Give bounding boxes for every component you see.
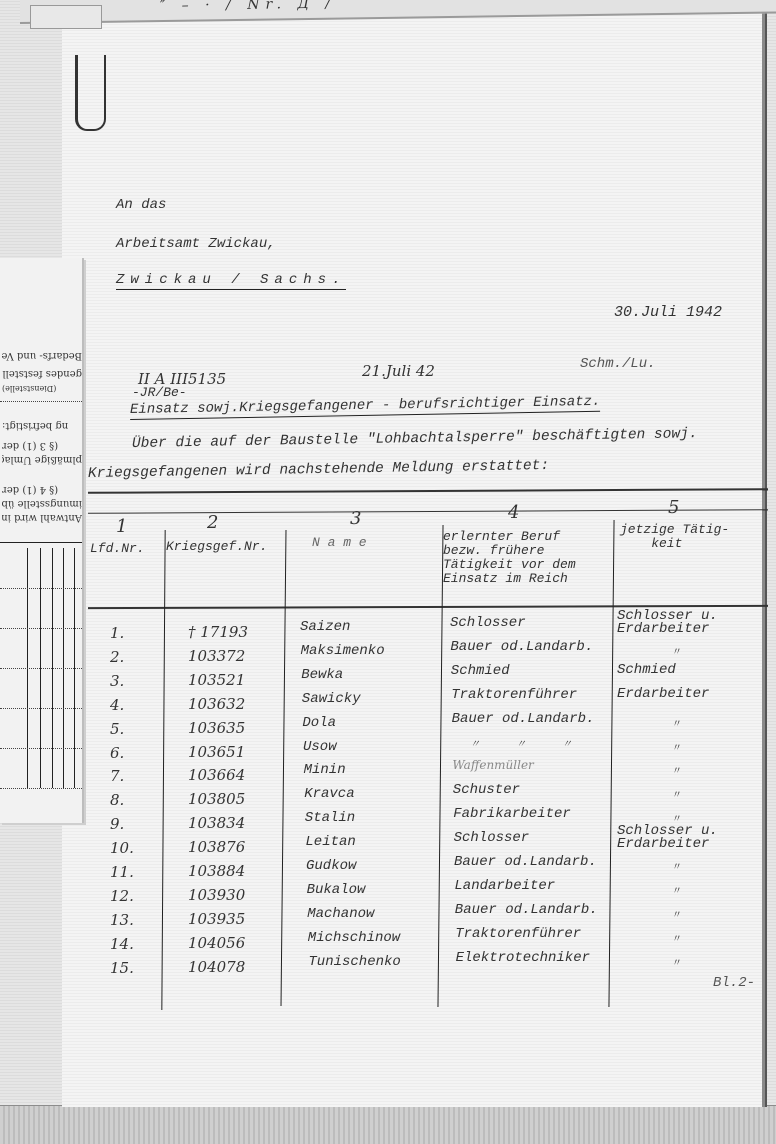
recipient-line-2: Arbeitsamt Zwickau, (116, 236, 276, 252)
cell-lfd-nr: 11. (110, 863, 134, 881)
cell-former-occupation: Fabrikarbeiter (453, 806, 571, 822)
header-former-occupation: erlernter Beruf bezw. frühere Tätigkeit … (443, 530, 576, 586)
cell-pow-number: † 17193 (188, 623, 248, 641)
form-dotted-rule (0, 708, 82, 709)
recipient-city: Zwickau / Sachs. (116, 272, 346, 290)
form-fragment: (§ 4 (1) der (2, 484, 82, 495)
form-fragment: gendes feststellen (2, 368, 82, 379)
cell-former-occupation: Bauer od.Landarb. (450, 639, 593, 655)
cell-current-occupation: 〃 (672, 643, 682, 659)
cell-pow-number: 103651 (188, 743, 245, 761)
cell-pow-number: 103876 (188, 838, 245, 856)
paper-clip-icon (75, 55, 106, 131)
cell-current-occupation: 〃 (672, 882, 682, 898)
form-dotted-rule (0, 588, 82, 589)
cell-lfd-nr: 10. (110, 839, 134, 857)
form-fragment: Antwahl wird in de (2, 512, 82, 523)
cell-former-occupation: Waffenmüller (452, 758, 533, 772)
cell-lfd-nr: 9. (110, 815, 124, 833)
underlying-inverted-form: Bedarfs- und Verfah gendes feststellen (… (0, 258, 84, 823)
cell-current-occupation: Erdarbeiter (617, 686, 709, 702)
cell-former-occupation: Schlosser (454, 830, 530, 846)
cell-name: Michschinow (308, 930, 400, 946)
form-fragment: Bedarfs- und Verfah (2, 350, 82, 361)
form-dotted-rule (0, 788, 82, 789)
cell-former-occupation: Bauer od.Landarb. (455, 902, 598, 918)
cell-name: Dola (302, 715, 336, 731)
cell-current-occupation: 〃 (672, 715, 682, 731)
form-dotted-rule (0, 401, 82, 402)
header-pow-number: Kriegsgef.Nr. (166, 540, 267, 554)
cell-lfd-nr: 8. (110, 791, 124, 809)
document-sheet (62, 12, 765, 1107)
cell-pow-number: 103372 (188, 647, 245, 665)
cell-lfd-nr: 7. (110, 767, 124, 785)
cell-current-occupation: 〃 (672, 906, 682, 922)
cell-former-occupation: Traktorenführer (451, 687, 577, 703)
cell-pow-number: 103664 (188, 766, 245, 784)
header-name: N a m e (312, 536, 367, 550)
cell-name: Tunischenko (308, 954, 400, 970)
cell-former-occupation: Landarbeiter (454, 878, 555, 894)
cell-name: Usow (303, 739, 337, 755)
form-fragment: (Dienststelle) (2, 384, 82, 393)
cell-pow-number: 103935 (188, 910, 245, 928)
cell-pow-number: 103635 (188, 719, 245, 737)
cell-lfd-nr: 3. (110, 672, 124, 690)
cell-former-occupation: Elektrotechniker (456, 950, 590, 966)
cell-name: Machanow (307, 906, 374, 922)
cell-former-occupation: Schmied (451, 663, 510, 679)
cell-pow-number: 103884 (188, 862, 245, 880)
cell-pow-number: 103805 (188, 790, 245, 808)
cell-name: Maksimenko (301, 643, 385, 659)
cell-current-occupation: Schlosser u. Erdarbeiter (617, 825, 718, 851)
cell-name: Bewka (301, 667, 343, 683)
cell-name: Sawicky (302, 691, 361, 707)
file-initials: -JR/Be- (132, 385, 187, 400)
cell-former-occupation: Bauer od.Landarb. (452, 711, 595, 727)
cell-current-occupation: Schmied (617, 662, 676, 678)
cell-name: Leitan (305, 834, 355, 850)
cell-lfd-nr: 1. (110, 624, 124, 642)
header-current-occupation: jetzige Tätig- keit (620, 523, 729, 551)
cell-former-occupation: Schlosser (450, 615, 526, 631)
cell-lfd-nr: 6. (110, 744, 124, 762)
handwritten-header-note: ″ – · ∕ Nr. Д ∕ (160, 0, 520, 18)
cell-name: Minin (304, 762, 346, 778)
cell-pow-number: 104078 (188, 958, 245, 976)
cell-pow-number: 104056 (188, 934, 245, 952)
column-number: 4 (508, 502, 519, 523)
cell-current-occupation: 〃 (672, 786, 682, 802)
cell-name: Bukalow (307, 882, 366, 898)
form-rule (0, 542, 82, 543)
reference-date: 21.Juli 42 (362, 362, 435, 380)
cell-lfd-nr: 12. (110, 887, 134, 905)
column-number: 1 (116, 516, 127, 537)
cell-lfd-nr: 14. (110, 935, 134, 953)
form-dotted-rule (0, 668, 82, 669)
sender-initials: Schm./Lu. (580, 356, 656, 372)
cell-current-occupation: 〃 (672, 739, 682, 755)
column-number: 5 (668, 497, 679, 518)
cell-former-occupation: Traktorenführer (455, 926, 581, 942)
cell-current-occupation: Schlosser u. Erdarbeiter (617, 610, 718, 636)
cell-name: Saizen (300, 619, 350, 635)
cell-current-occupation: 〃 (672, 930, 682, 946)
column-number: 3 (350, 508, 361, 529)
cell-current-occupation: 〃 (672, 858, 682, 874)
form-dotted-rule (0, 748, 82, 749)
form-dotted-rule (0, 628, 82, 629)
cell-former-occupation: Schuster (453, 782, 520, 798)
cell-lfd-nr: 2. (110, 648, 124, 666)
paper-clip-head (30, 5, 102, 29)
recipient-line-1: An das (116, 197, 166, 213)
cell-current-occupation: 〃 (672, 762, 682, 778)
cell-lfd-nr: 13. (110, 911, 134, 929)
cell-lfd-nr: 15. (110, 959, 134, 977)
cell-lfd-nr: 4. (110, 696, 124, 714)
cell-lfd-nr: 5. (110, 720, 124, 738)
form-fragment: imungsstelle üb (2, 498, 82, 509)
cell-name: Gudkow (306, 858, 356, 874)
cell-name: Stalin (305, 810, 355, 826)
cell-pow-number: 103521 (188, 671, 245, 689)
document-date: 30.Juli 1942 (614, 304, 722, 321)
cell-name: Kravca (304, 786, 354, 802)
column-number: 2 (207, 512, 218, 533)
header-lfd-nr: Lfd.Nr. (90, 542, 145, 556)
page-continuation-marker: Bl.2- (713, 975, 755, 991)
cell-former-occupation: Bauer od.Landarb. (454, 854, 597, 870)
form-fragment: ng befristigt: (2, 420, 82, 431)
form-fragment: plmäßige Umlage (2, 454, 82, 465)
cell-pow-number: 103834 (188, 814, 245, 832)
cell-current-occupation: 〃 (672, 954, 682, 970)
cell-pow-number: 103632 (188, 695, 245, 713)
form-fragment: (§ 3 (1) der (2, 440, 82, 451)
underlying-page-edge (0, 1105, 776, 1144)
cell-pow-number: 103930 (188, 886, 245, 904)
cell-former-occupation: 〃 〃 〃 (470, 735, 572, 751)
